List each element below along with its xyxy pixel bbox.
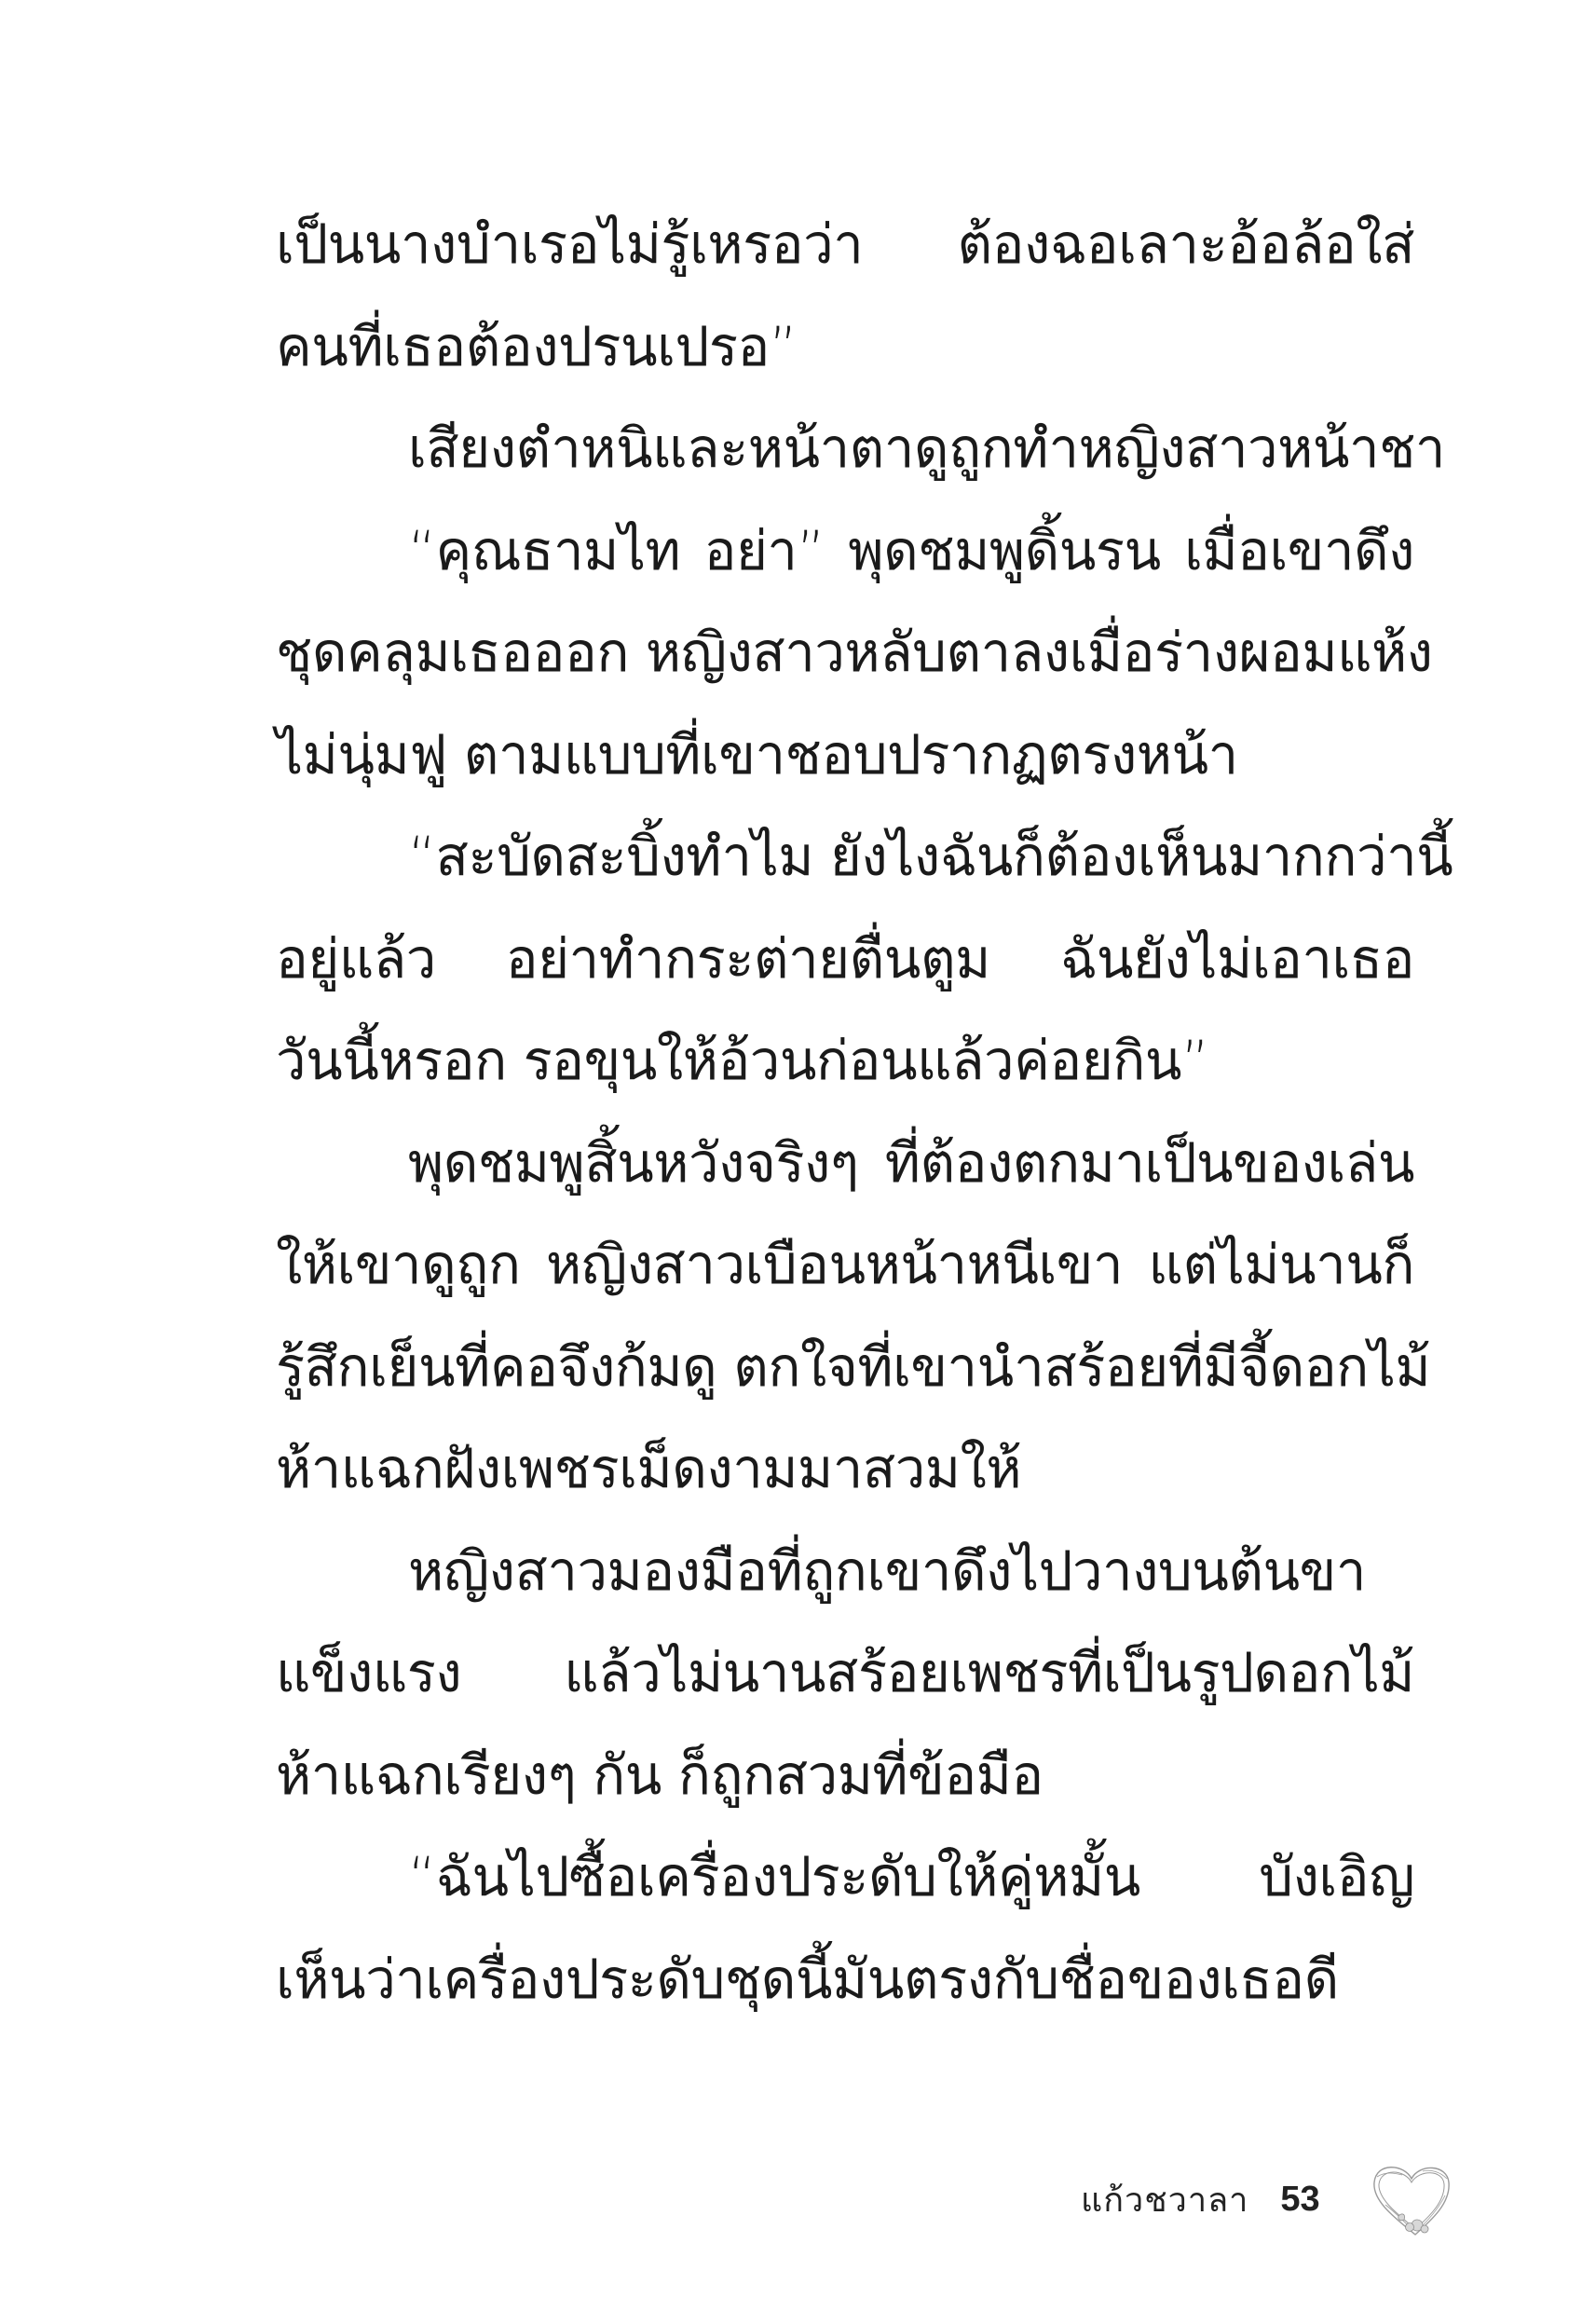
text-line: หญิงสาวมองมือที่ถูกเขาดึงไปวางบนต้นขา [276,1521,1414,1623]
page-footer: แก้วชวาลา 53 [1081,2143,1456,2255]
text-line: ให้เขาดูถูก หญิงสาวเบือนหน้าหนีเขา แต่ไม… [276,1214,1414,1317]
book-title: แก้วชวาลา [1081,2173,1248,2226]
text-line: ห้าแฉกฝังเพชรเม็ดงามมาสวมให้ [276,1418,1414,1521]
page-number: 53 [1280,2180,1319,2220]
text-line: ชุดคลุมเธอออก หญิงสาวหลับตาลงเมื่อร่างผอ… [276,602,1414,704]
text-line: เสียงตำหนิและหน้าตาดูถูกทำหญิงสาวหน้าชา [276,398,1414,500]
text-line: “คุณธามไท อย่า” พุดชมพูดิ้นรน เมื่อเขาดึ… [276,500,1414,603]
text-line: อยู่แล้ว อย่าทำกระต่ายตื่นตูม ฉันยังไม่เ… [276,909,1414,1011]
text-line: พุดชมพูสิ้นหวังจริงๆ ที่ต้องตกมาเป็นของเ… [276,1113,1414,1215]
text-line: ไม่นุ่มฟู ตามแบบที่เขาชอบปรากฏตรงหน้า [276,704,1414,807]
text-line: แข็งแรง แล้วไม่นานสร้อยเพชรที่เป็นรูปดอก… [276,1622,1414,1725]
text-line: คนที่เธอต้องปรนเปรอ” [276,296,1414,399]
text-line: เห็นว่าเครื่องประดับชุดนี้มันตรงกับชื่อข… [276,1929,1414,2031]
page-body-text: เป็นนางบำเรอไม่รู้เหรอว่า ต้องฉอเลาะอ้อล… [276,194,1414,2031]
text-line: “ฉันไปซื้อเครื่องประดับให้คู่หมั้น บังเอ… [276,1826,1414,1929]
text-line: ห้าแฉกเรียงๆ กัน ก็ถูกสวมที่ข้อมือ [276,1725,1414,1827]
heart-wreath-icon [1367,2158,1456,2240]
text-line: เป็นนางบำเรอไม่รู้เหรอว่า ต้องฉอเลาะอ้อล… [276,194,1414,296]
text-line: รู้สึกเย็นที่คอจึงก้มดู ตกใจที่เขานำสร้อ… [276,1317,1414,1419]
text-line: วันนี้หรอก รอขุนให้อ้วนก่อนแล้วค่อยกิน” [276,1010,1414,1113]
text-line: “สะบัดสะบิ้งทำไม ยังไงฉันก็ต้องเห็นมากกว… [276,806,1414,909]
